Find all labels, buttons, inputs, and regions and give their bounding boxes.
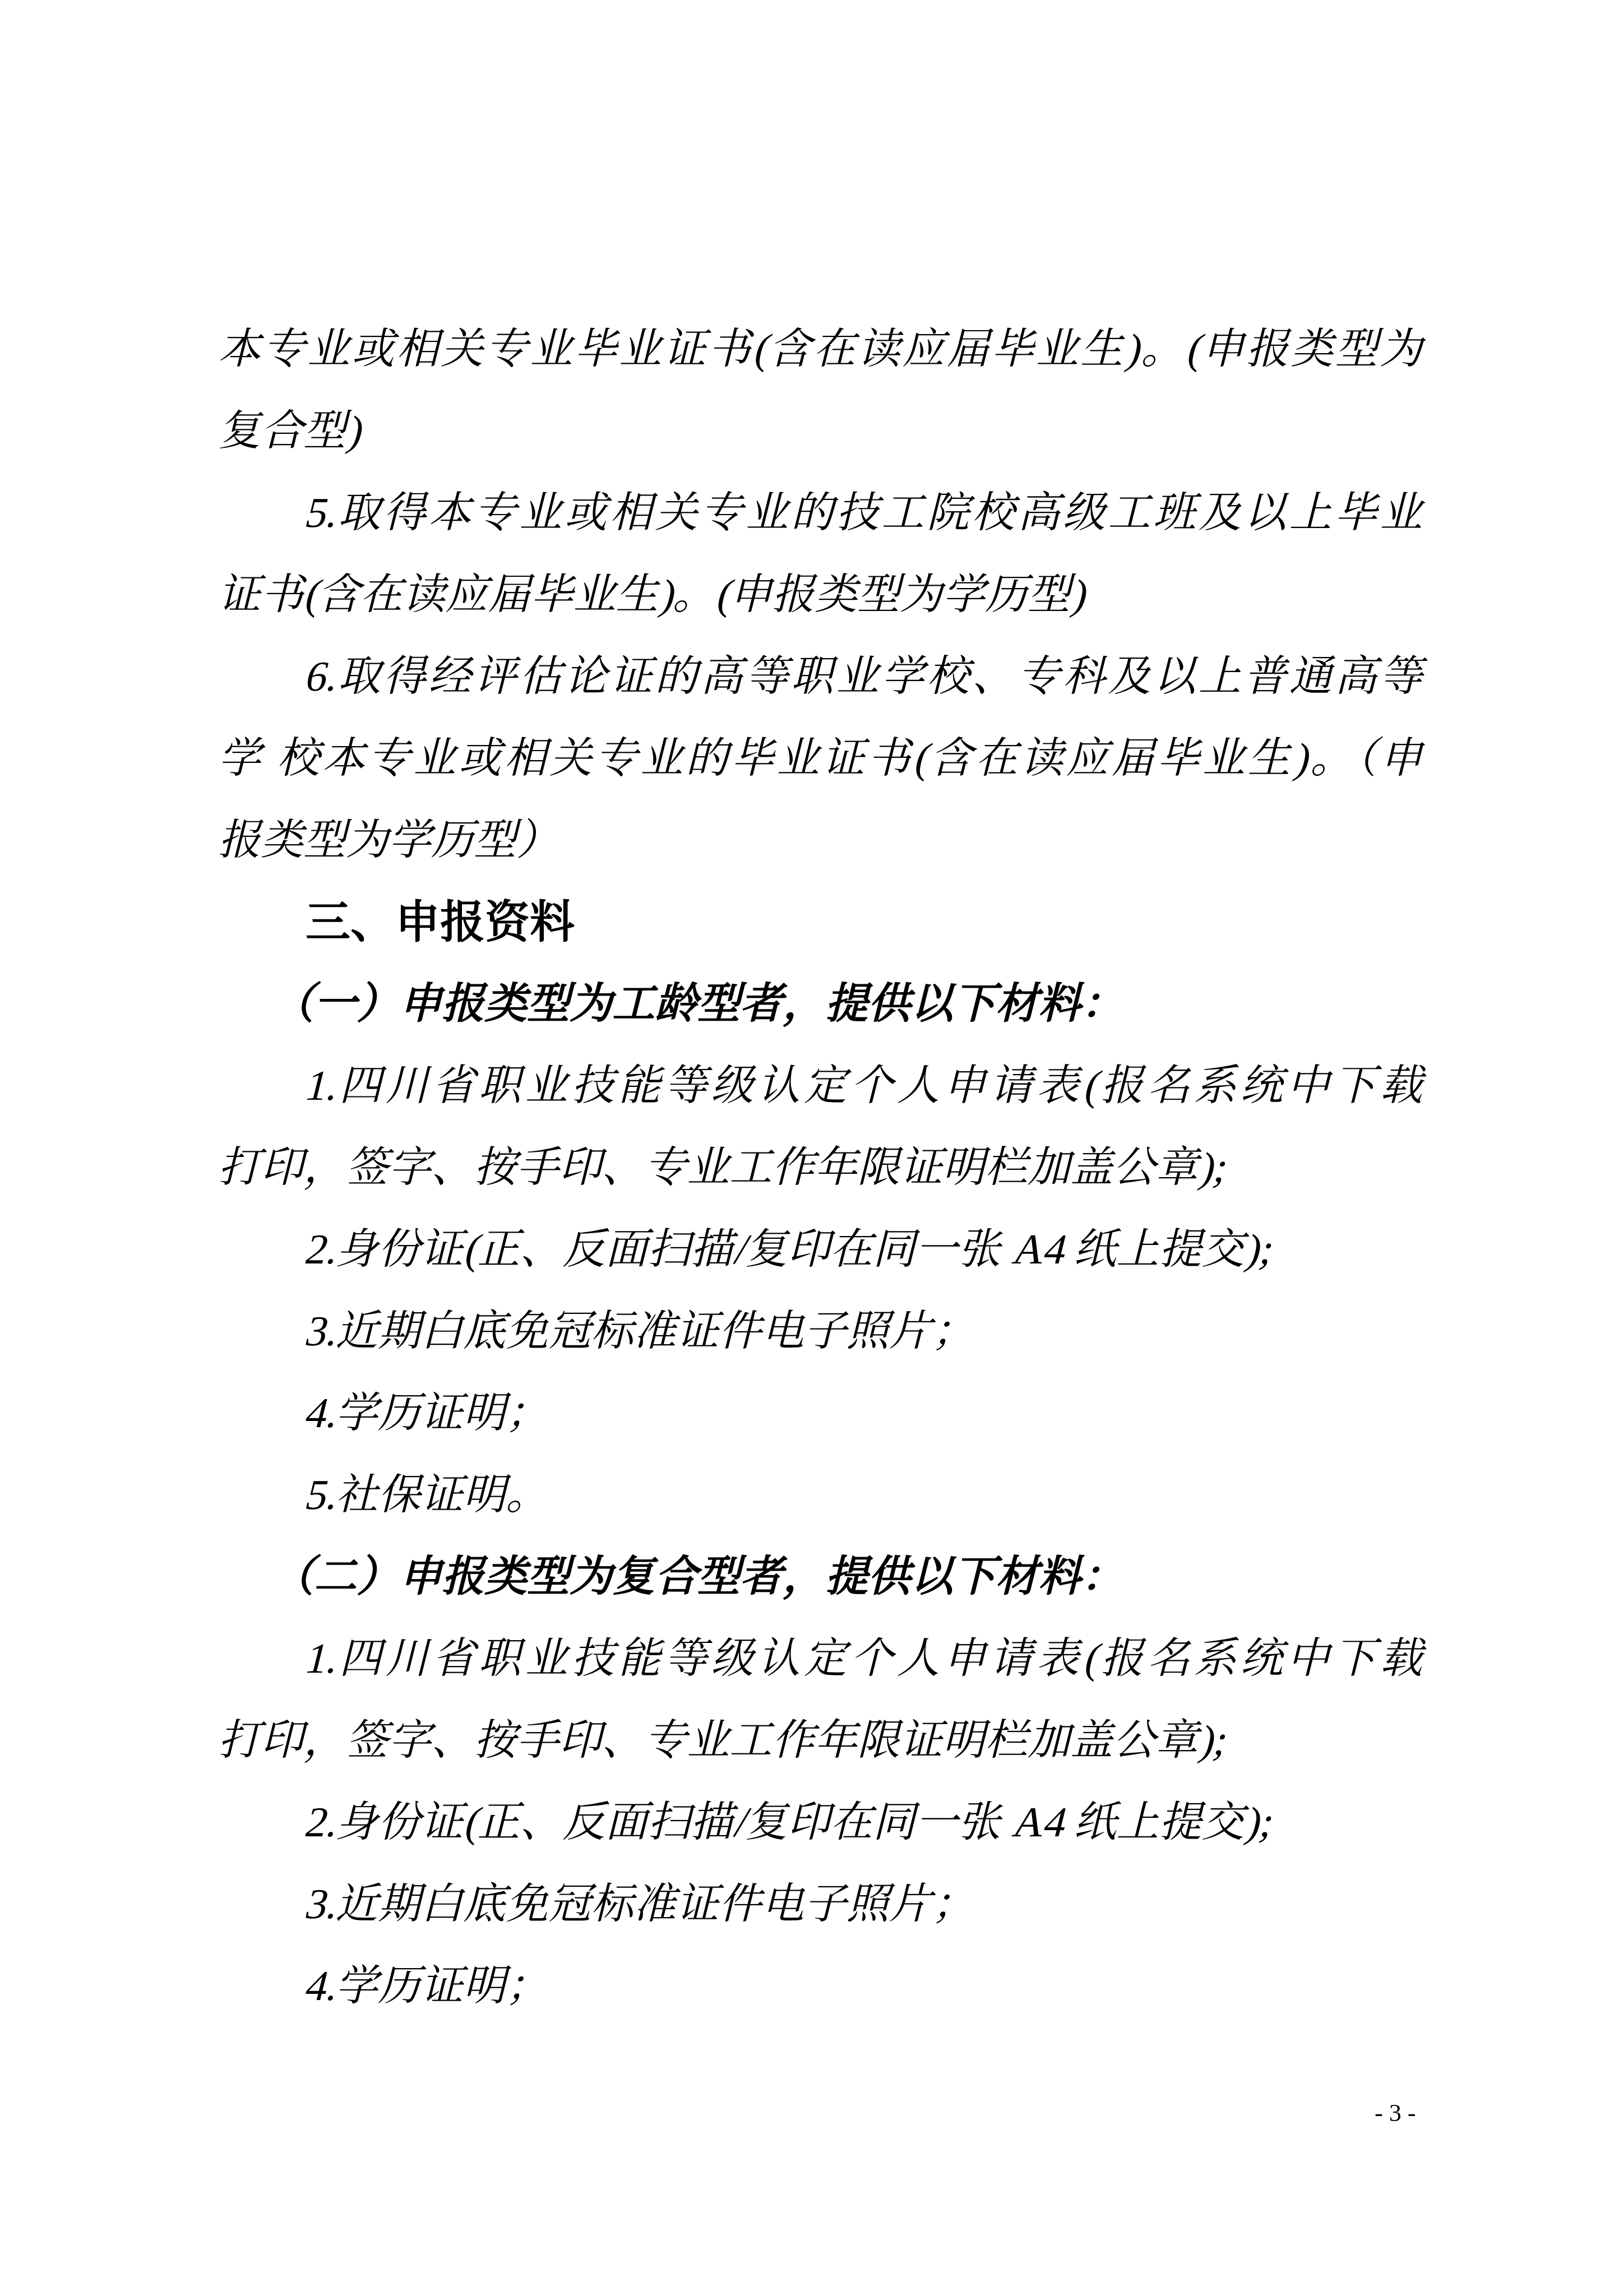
text-line: 学 校本专业或相关专业的毕业证书(含在读应届毕业生)。（申	[211, 717, 1436, 799]
text-line: 报类型为学历型）	[211, 799, 1436, 881]
document-page: 本专业或相关专业毕业证书(含在读应届毕业生)。(申报类型为复合型)5.取得本专业…	[0, 0, 1623, 2296]
text-line: 打印，签字、按手印、专业工作年限证明栏加盖公章);	[211, 1700, 1436, 1781]
text-line: 3.近期白底免冠标准证件电子照片；	[211, 1290, 1436, 1372]
text-line: 1.四川省职业技能等级认定个人申请表(报名系统中下载	[211, 1045, 1436, 1127]
text-line: 5.社保证明。	[211, 1454, 1436, 1536]
text-line: 打印，签字、按手印、专业工作年限证明栏加盖公章);	[211, 1127, 1436, 1209]
text-line: 4.学历证明；	[211, 1372, 1436, 1454]
text-line: 复合型)	[211, 390, 1436, 472]
text-line: 三、申报资料	[216, 881, 1420, 963]
text-line: （二）申报类型为复合型者，提供以下材料：	[211, 1536, 1436, 1618]
text-line: 本专业或相关专业毕业证书(含在读应届毕业生)。(申报类型为	[211, 308, 1436, 390]
text-line: 5.取得本专业或相关专业的技工院校高级工班及以上毕业	[211, 472, 1436, 554]
text-line: 3.近期白底免冠标准证件电子照片；	[211, 1863, 1436, 1945]
page-number: - 3 -	[1375, 2099, 1416, 2127]
text-line: 1.四川省职业技能等级认定个人申请表(报名系统中下载	[211, 1618, 1436, 1700]
text-line: 2.身份证(正、反面扫描/复印在同一张 A4 纸上提交);	[211, 1209, 1436, 1290]
text-line: 4.学历证明；	[211, 1945, 1436, 2027]
text-line: （一）申报类型为工龄型者，提供以下材料：	[211, 963, 1436, 1045]
text-line: 2.身份证(正、反面扫描/复印在同一张 A4 纸上提交);	[211, 1781, 1436, 1863]
text-line: 6.取得经评估论证的高等职业学校、专科及以上普通高等	[211, 636, 1436, 717]
document-text-block: 本专业或相关专业毕业证书(含在读应届毕业生)。(申报类型为复合型)5.取得本专业…	[216, 308, 1420, 2027]
text-line: 证书(含在读应届毕业生)。(申报类型为学历型)	[211, 554, 1436, 636]
